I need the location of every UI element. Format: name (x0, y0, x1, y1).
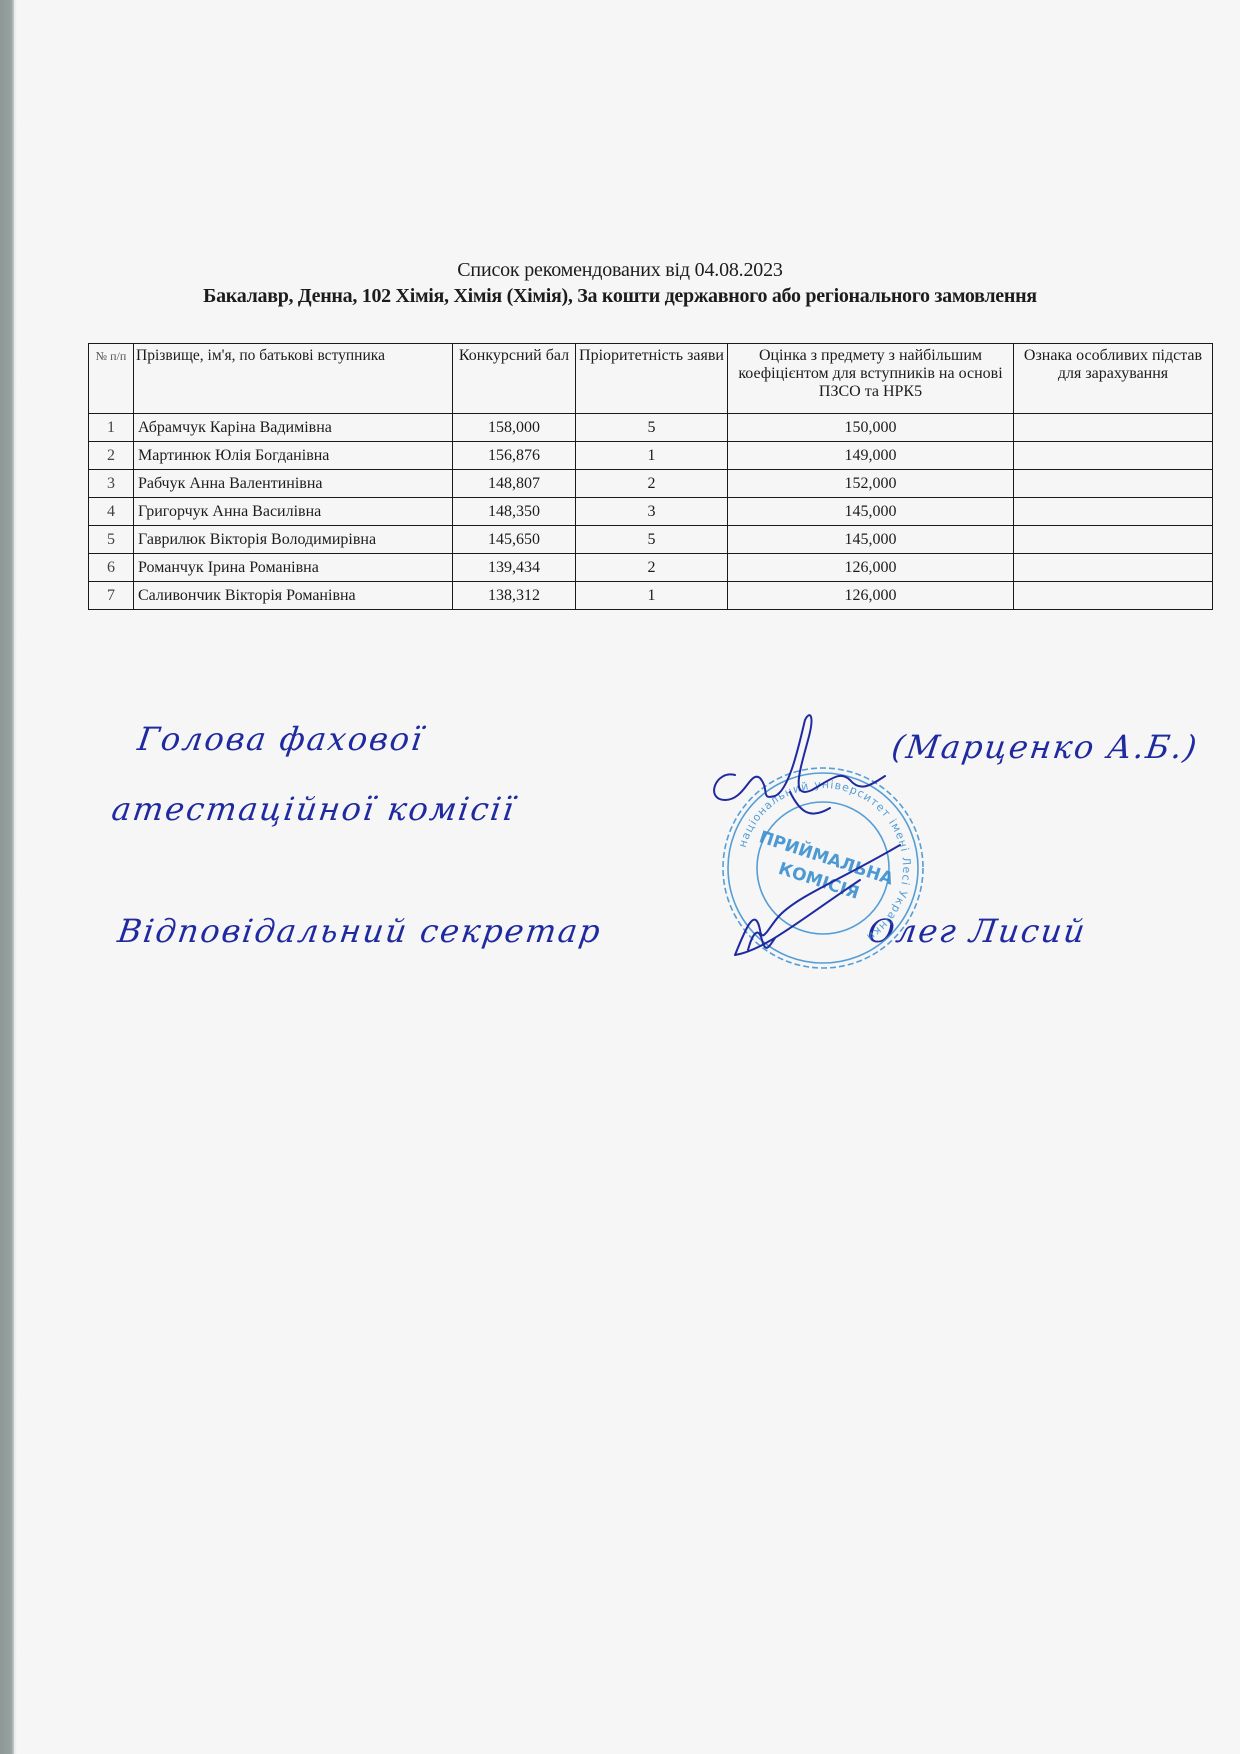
cell-no: 2 (89, 442, 134, 470)
cell-no: 4 (89, 498, 134, 526)
cell-name: Абрамчук Каріна Вадимівна (134, 414, 453, 442)
header-priority: Пріоритетність заяви (576, 344, 728, 414)
admissions-stamp: національний університет імені Лесі Укра… (718, 763, 928, 973)
cell-score: 138,312 (453, 582, 576, 610)
cell-special (1014, 582, 1213, 610)
cell-no: 3 (89, 470, 134, 498)
table-row: 3Рабчук Анна Валентинівна148,8072152,000 (89, 470, 1213, 498)
table-row: 2Мартинюк Юлія Богданівна156,8761149,000 (89, 442, 1213, 470)
recommended-list-table: № п/п Прізвище, ім'я, по батькові вступн… (88, 343, 1213, 610)
cell-special (1014, 498, 1213, 526)
handwritten-chair-line2: атестаційної комісії (109, 790, 517, 828)
cell-name: Гаврилюк Вікторія Володимирівна (134, 526, 453, 554)
cell-score: 156,876 (453, 442, 576, 470)
cell-priority: 2 (576, 554, 728, 582)
stamp-icon: національний університет імені Лесі Укра… (718, 763, 928, 973)
cell-priority: 2 (576, 470, 728, 498)
cell-special (1014, 470, 1213, 498)
cell-no: 1 (89, 414, 134, 442)
handwritten-secretary-role: Відповідальний секретар (115, 912, 604, 950)
header-score: Конкурсний бал (453, 344, 576, 414)
cell-name: Мартинюк Юлія Богданівна (134, 442, 453, 470)
document-subtitle: Бакалавр, Денна, 102 Хімія, Хімія (Хімія… (0, 284, 1240, 308)
cell-subject-score: 150,000 (728, 414, 1014, 442)
cell-name: Григорчук Анна Василівна (134, 498, 453, 526)
header-special: Ознака особливих підстав для зарахування (1014, 344, 1213, 414)
cell-special (1014, 442, 1213, 470)
cell-name: Рабчук Анна Валентинівна (134, 470, 453, 498)
table-row: 6Романчук Ірина Романівна139,4342126,000 (89, 554, 1213, 582)
cell-name: Саливончик Вікторія Романівна (134, 582, 453, 610)
cell-score: 148,807 (453, 470, 576, 498)
header-no: № п/п (89, 344, 134, 414)
cell-priority: 1 (576, 442, 728, 470)
cell-subject-score: 126,000 (728, 582, 1014, 610)
cell-priority: 3 (576, 498, 728, 526)
cell-subject-score: 149,000 (728, 442, 1014, 470)
handwritten-chair-name: (Марценко А.Б.) (889, 728, 1201, 766)
cell-special (1014, 526, 1213, 554)
table-row: 5Гаврилюк Вікторія Володимирівна145,6505… (89, 526, 1213, 554)
cell-special (1014, 414, 1213, 442)
cell-score: 158,000 (453, 414, 576, 442)
cell-subject-score: 145,000 (728, 498, 1014, 526)
cell-name: Романчук Ірина Романівна (134, 554, 453, 582)
cell-no: 6 (89, 554, 134, 582)
cell-priority: 5 (576, 526, 728, 554)
header-subject-score: Оцінка з предмету з найбільшим коефіцієн… (728, 344, 1014, 414)
document-title: Список рекомендованих від 04.08.2023 (0, 258, 1240, 282)
cell-priority: 5 (576, 414, 728, 442)
cell-special (1014, 554, 1213, 582)
cell-subject-score: 152,000 (728, 470, 1014, 498)
cell-no: 7 (89, 582, 134, 610)
handwritten-chair-line1: Голова фахової (135, 720, 426, 758)
cell-score: 145,650 (453, 526, 576, 554)
cell-subject-score: 126,000 (728, 554, 1014, 582)
cell-priority: 1 (576, 582, 728, 610)
cell-no: 5 (89, 526, 134, 554)
table-header-row: № п/п Прізвище, ім'я, по батькові вступн… (89, 344, 1213, 414)
header-name: Прізвище, ім'я, по батькові вступника (134, 344, 453, 414)
cell-score: 139,434 (453, 554, 576, 582)
cell-score: 148,350 (453, 498, 576, 526)
table-row: 4Григорчук Анна Василівна148,3503145,000 (89, 498, 1213, 526)
cell-subject-score: 145,000 (728, 526, 1014, 554)
table-row: 7Саливончик Вікторія Романівна138,312112… (89, 582, 1213, 610)
table-row: 1Абрамчук Каріна Вадимівна158,0005150,00… (89, 414, 1213, 442)
